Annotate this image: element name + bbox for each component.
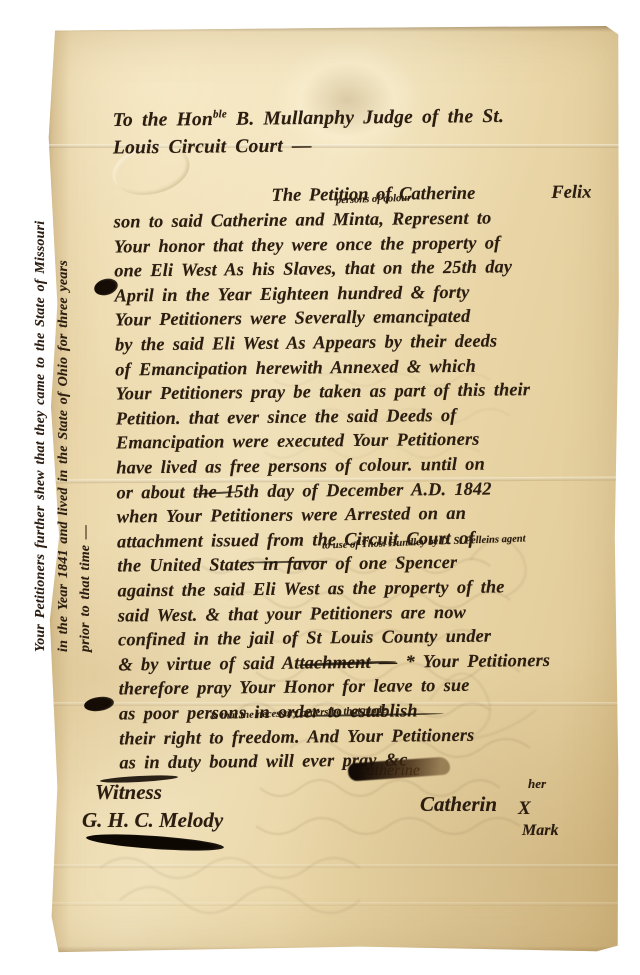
manuscript-line: Your Petitioners pray be taken as part o… — [115, 377, 593, 407]
her-mark-word-mark: Mark — [522, 822, 558, 840]
her-mark-word-her: her — [528, 776, 546, 792]
margin-note-line: prior to that time — — [75, 72, 98, 652]
paper-top-edge — [40, 26, 620, 32]
signature-x-mark: X — [518, 798, 531, 820]
witness-signature: G. H. C. Melody — [82, 808, 223, 833]
address-line-1-pre: To the Hon — [113, 109, 214, 131]
fold-crease — [40, 902, 620, 906]
edge-tear — [35, 700, 42, 740]
margin-note-line: Your Petitioners further shew that they … — [30, 72, 53, 652]
address-line-1-post: B. Mullanphy Judge of the St. — [227, 106, 504, 130]
petition-body: son to said Catherine and Minta, Represe… — [114, 205, 598, 776]
petitioner-signature: Catherin — [420, 792, 497, 817]
paper-bottom-edge — [40, 946, 620, 954]
margin-note-line: in the Year 1841 and lived in the State … — [53, 72, 76, 652]
petition-opening-line: The Petition of Catherine Felix — [271, 180, 591, 208]
witness-label: Witness — [95, 780, 162, 805]
fold-crease — [40, 864, 620, 868]
address-line-2: Louis Circuit Court — — [113, 129, 591, 161]
honorable-superscript: ble — [213, 108, 227, 120]
left-margin-note: Your Petitioners further shew that they … — [30, 72, 98, 652]
petitioner-name-felix: Felix — [551, 180, 591, 205]
scanned-document-page: To the Honble B. Mullanphy Judge of the … — [0, 0, 640, 975]
address-line-1: To the Honble B. Mullanphy Judge of the … — [112, 98, 590, 135]
